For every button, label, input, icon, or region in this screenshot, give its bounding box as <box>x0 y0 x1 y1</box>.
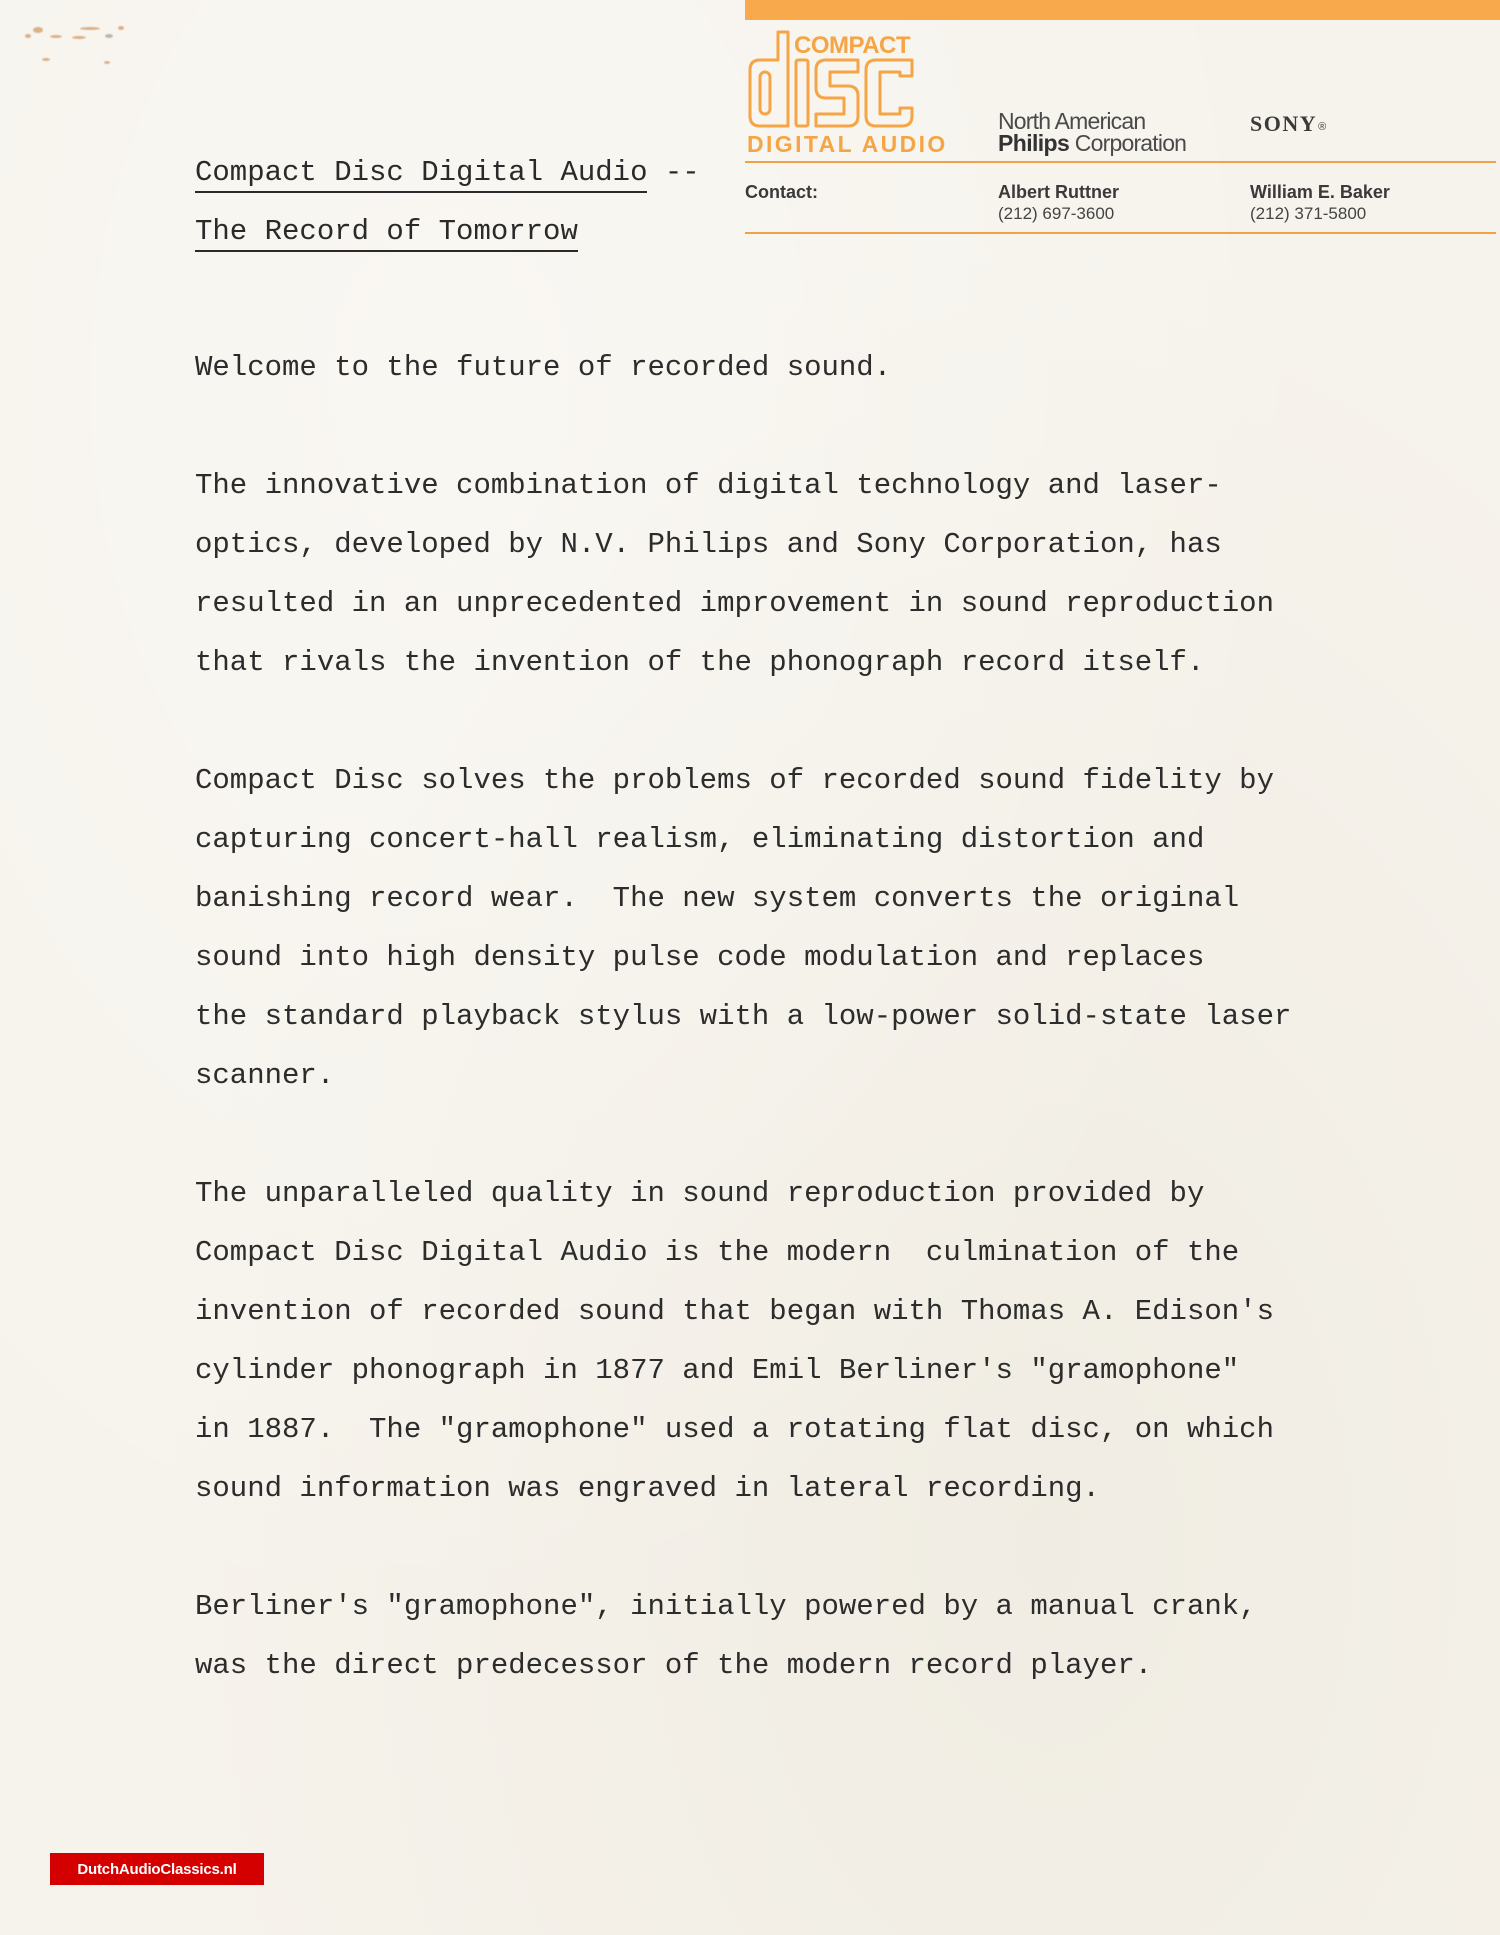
paragraph: Berliner's "gramophone", initially power… <box>195 1577 1395 1695</box>
letterhead-divider-top <box>745 161 1496 163</box>
contact-william-baker: William E. Baker (212) 371-5800 <box>1250 182 1390 224</box>
paragraph-line: scanner. <box>195 1046 1395 1105</box>
letterhead-top-bar <box>745 0 1500 20</box>
paragraph-line: was the direct predecessor of the modern… <box>195 1636 1395 1695</box>
registered-mark-icon: ® <box>1318 121 1326 133</box>
paragraph: Welcome to the future of recorded sound. <box>195 338 1395 397</box>
document-title-line-2: The Record of Tomorrow <box>195 215 578 249</box>
letterhead-divider-bottom <box>745 232 1496 234</box>
paragraph: The innovative combination of digital te… <box>195 456 1395 692</box>
document-title-line-1: Compact Disc Digital Audio -- <box>195 156 700 190</box>
title-dash: -- <box>647 156 699 189</box>
paragraph-line: cylinder phonograph in 1877 and Emil Ber… <box>195 1341 1395 1400</box>
paragraph-line: banishing record wear. The new system co… <box>195 869 1395 928</box>
contact-phone: (212) 371-5800 <box>1250 203 1390 224</box>
paragraph-line: sound into high density pulse code modul… <box>195 928 1395 987</box>
paragraph-line: optics, developed by N.V. Philips and So… <box>195 515 1395 574</box>
philips-line-1: North American <box>998 110 1186 132</box>
paragraph-line: The innovative combination of digital te… <box>195 456 1395 515</box>
paragraph: Compact Disc solves the problems of reco… <box>195 751 1395 1105</box>
sony-name: SONY <box>1250 111 1317 136</box>
watermark-badge: DutchAudioClassics.nl <box>50 1853 264 1885</box>
paragraph-line: The unparalleled quality in sound reprod… <box>195 1164 1395 1223</box>
paragraph-line: the standard playback stylus with a low-… <box>195 987 1395 1046</box>
paragraph-line: that rivals the invention of the phonogr… <box>195 633 1395 692</box>
contact-albert-ruttner: Albert Ruttner (212) 697-3600 <box>998 182 1119 224</box>
paragraph-line: Welcome to the future of recorded sound. <box>195 338 1395 397</box>
paragraph-line: resulted in an unprecedented improvement… <box>195 574 1395 633</box>
logo-digital-audio-text: DIGITAL AUDIO <box>747 131 945 156</box>
philips-brand: Philips <box>998 130 1069 156</box>
philips-corporation: Corporation <box>1075 130 1186 156</box>
contact-name: William E. Baker <box>1250 182 1390 203</box>
paragraph-line: Compact Disc solves the problems of reco… <box>195 751 1395 810</box>
contact-name: Albert Ruttner <box>998 182 1119 203</box>
philips-line-2: Philips Corporation <box>998 132 1186 154</box>
compact-disc-logo: COMPACT DIGITAL AUDIO <box>745 28 950 156</box>
paragraph-line: Compact Disc Digital Audio is the modern… <box>195 1223 1395 1282</box>
document-body: Welcome to the future of recorded sound.… <box>195 338 1395 1754</box>
contact-label: Contact: <box>745 182 818 203</box>
contact-phone: (212) 697-3600 <box>998 203 1119 224</box>
philips-company-name: North American Philips Corporation <box>998 110 1186 154</box>
paragraph-line: Berliner's "gramophone", initially power… <box>195 1577 1395 1636</box>
sony-logo: SONY® <box>1250 111 1326 137</box>
title-underlined-text: Compact Disc Digital Audio <box>195 156 647 193</box>
paragraph: The unparalleled quality in sound reprod… <box>195 1164 1395 1518</box>
paragraph-line: sound information was engraved in latera… <box>195 1459 1395 1518</box>
paragraph-line: capturing concert-hall realism, eliminat… <box>195 810 1395 869</box>
title-underlined-text: The Record of Tomorrow <box>195 215 578 252</box>
logo-compact-text: COMPACT <box>794 32 911 59</box>
paragraph-line: in 1887. The "gramophone" used a rotatin… <box>195 1400 1395 1459</box>
paragraph-line: invention of recorded sound that began w… <box>195 1282 1395 1341</box>
